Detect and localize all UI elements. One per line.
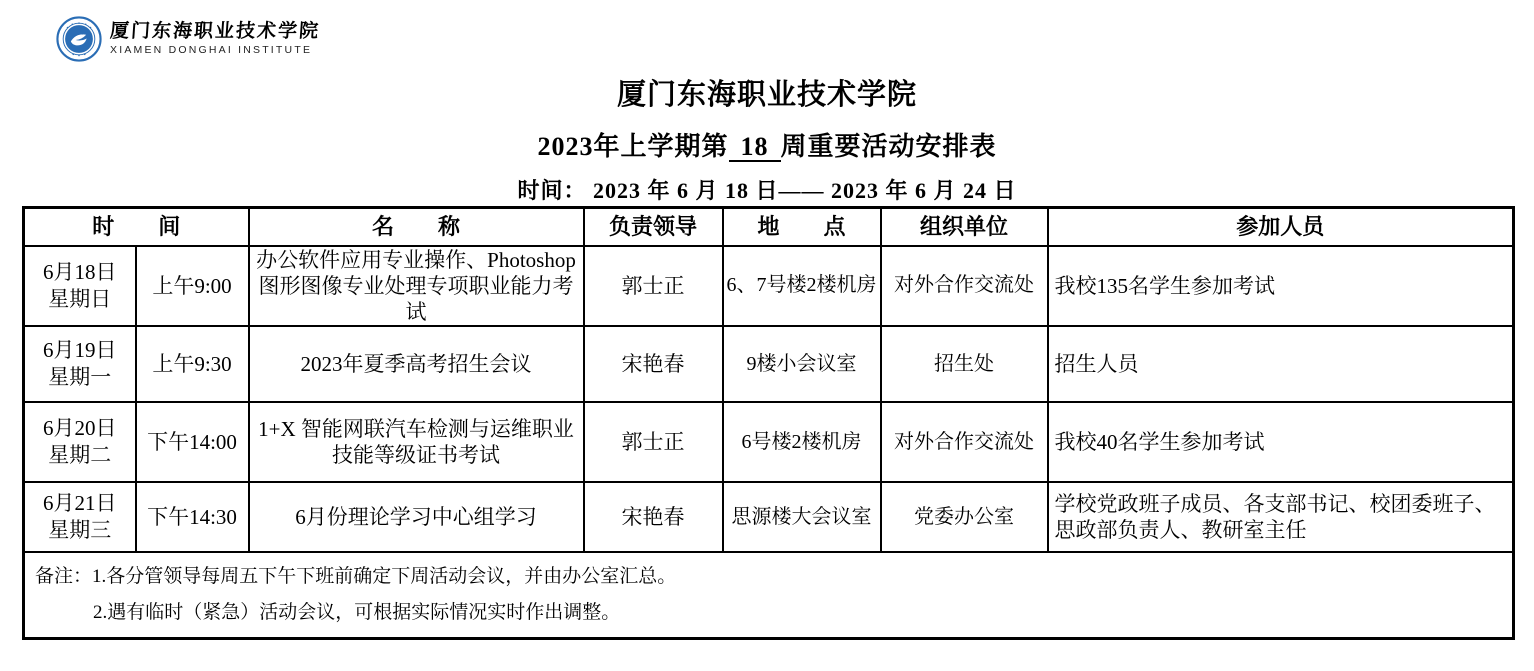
cell-date: 6月20日 星期二	[24, 402, 136, 482]
weekday-text: 星期日	[25, 286, 135, 313]
cell-participants: 我校135名学生参加考试	[1048, 246, 1514, 327]
weekday-text: 星期一	[25, 364, 135, 391]
column-header-participants: 参加人员	[1048, 208, 1514, 246]
note-line-1: 备注：1.各分管领导每周五下午下班前确定下周活动会议，并由办公室汇总。	[35, 559, 1502, 595]
notes-label: 备注：	[35, 566, 92, 587]
logo-school-name-en: XIAMEN DONGHAI INSTITUTE	[110, 45, 320, 56]
weekday-text: 星期二	[25, 442, 135, 469]
cell-leader: 郭士正	[584, 246, 723, 327]
cell-date: 6月18日 星期日	[24, 246, 136, 327]
date-text: 6月21日	[25, 490, 135, 517]
cell-place: 6、7号楼2楼机房	[723, 246, 881, 327]
column-header-name: 名 称	[249, 208, 584, 246]
subtitle-suffix: 周重要活动安排表	[781, 132, 997, 161]
cell-place: 9楼小会议室	[723, 326, 881, 402]
cell-time: 下午14:30	[136, 482, 249, 552]
cell-place: 6号楼2楼机房	[723, 402, 881, 482]
cell-activity-name: 1+X 智能网联汽车检测与运维职业技能等级证书考试	[249, 402, 584, 482]
note-line-2: 2.遇有临时（紧急）活动会议，可根据实际情况实时作出调整。	[35, 595, 1502, 631]
cell-activity-name: 2023年夏季高考招生会议	[249, 326, 584, 402]
cell-participants: 学校党政班子成员、各支部书记、校团委班子、思政部负责人、教研室主任	[1048, 482, 1514, 552]
cell-leader: 宋艳春	[584, 326, 723, 402]
page-subtitle: 2023年上学期第18周重要活动安排表	[0, 126, 1534, 163]
cell-organizer: 党委办公室	[881, 482, 1048, 552]
weekday-text: 星期三	[25, 517, 135, 544]
cell-leader: 宋艳春	[584, 482, 723, 552]
date-text: 6月18日	[25, 259, 135, 286]
table-row: 6月20日 星期二 下午14:00 1+X 智能网联汽车检测与运维职业技能等级证…	[24, 402, 1514, 482]
date-range: 时间： 2023 年 6 月 18 日—— 2023 年 6 月 24 日	[0, 174, 1534, 205]
note-item-2: 2.遇有临时（紧急）活动会议，可根据实际情况实时作出调整。	[93, 602, 620, 623]
table-header-row: 时 间 名 称 负责领导 地 点 组织单位 参加人员	[24, 208, 1514, 246]
page-title: 厦门东海职业技术学院	[0, 72, 1534, 113]
cell-time: 上午9:30	[136, 326, 249, 402]
logo-school-name-cn: 厦门东海职业技术学院	[109, 22, 320, 42]
subtitle-prefix: 2023年上学期第	[537, 132, 728, 161]
date-text: 6月19日	[25, 337, 135, 364]
cell-activity-name: 6月份理论学习中心组学习	[249, 482, 584, 552]
cell-leader: 郭士正	[584, 402, 723, 482]
notes-row: 备注：1.各分管领导每周五下午下班前确定下周活动会议，并由办公室汇总。 2.遇有…	[24, 552, 1514, 639]
cell-place: 思源楼大会议室	[723, 482, 881, 552]
table-row: 6月19日 星期一 上午9:30 2023年夏季高考招生会议 宋艳春 9楼小会议…	[24, 326, 1514, 402]
cell-participants: 招生人员	[1048, 326, 1514, 402]
week-number: 18	[729, 133, 781, 162]
note-item-1: 1.各分管领导每周五下午下班前确定下周活动会议，并由办公室汇总。	[92, 566, 676, 587]
cell-organizer: 招生处	[881, 326, 1048, 402]
cell-organizer: 对外合作交流处	[881, 402, 1048, 482]
column-header-leader: 负责领导	[584, 208, 723, 246]
cell-organizer: 对外合作交流处	[881, 246, 1048, 327]
column-header-org: 组织单位	[881, 208, 1048, 246]
column-header-time: 时 间	[24, 208, 249, 246]
cell-date: 6月21日 星期三	[24, 482, 136, 552]
cell-date: 6月19日 星期一	[24, 326, 136, 402]
schedule-table: 时 间 名 称 负责领导 地 点 组织单位 参加人员 6月18日 星期日 上午9…	[22, 206, 1515, 640]
school-logo: 厦门东海职业技术学院 XIAMEN DONGHAI INSTITUTE	[56, 16, 320, 62]
table-row: 6月18日 星期日 上午9:00 办公软件应用专业操作、Photoshop图形图…	[24, 246, 1514, 327]
date-text: 6月20日	[25, 415, 135, 442]
column-header-place: 地 点	[723, 208, 881, 246]
cell-time: 上午9:00	[136, 246, 249, 327]
cell-time: 下午14:00	[136, 402, 249, 482]
table-row: 6月21日 星期三 下午14:30 6月份理论学习中心组学习 宋艳春 思源楼大会…	[24, 482, 1514, 552]
cell-activity-name: 办公软件应用专业操作、Photoshop图形图像专业处理专项职业能力考试	[249, 246, 584, 327]
cell-notes: 备注：1.各分管领导每周五下午下班前确定下周活动会议，并由办公室汇总。 2.遇有…	[24, 552, 1514, 639]
school-emblem-icon	[56, 16, 102, 62]
cell-participants: 我校40名学生参加考试	[1048, 402, 1514, 482]
